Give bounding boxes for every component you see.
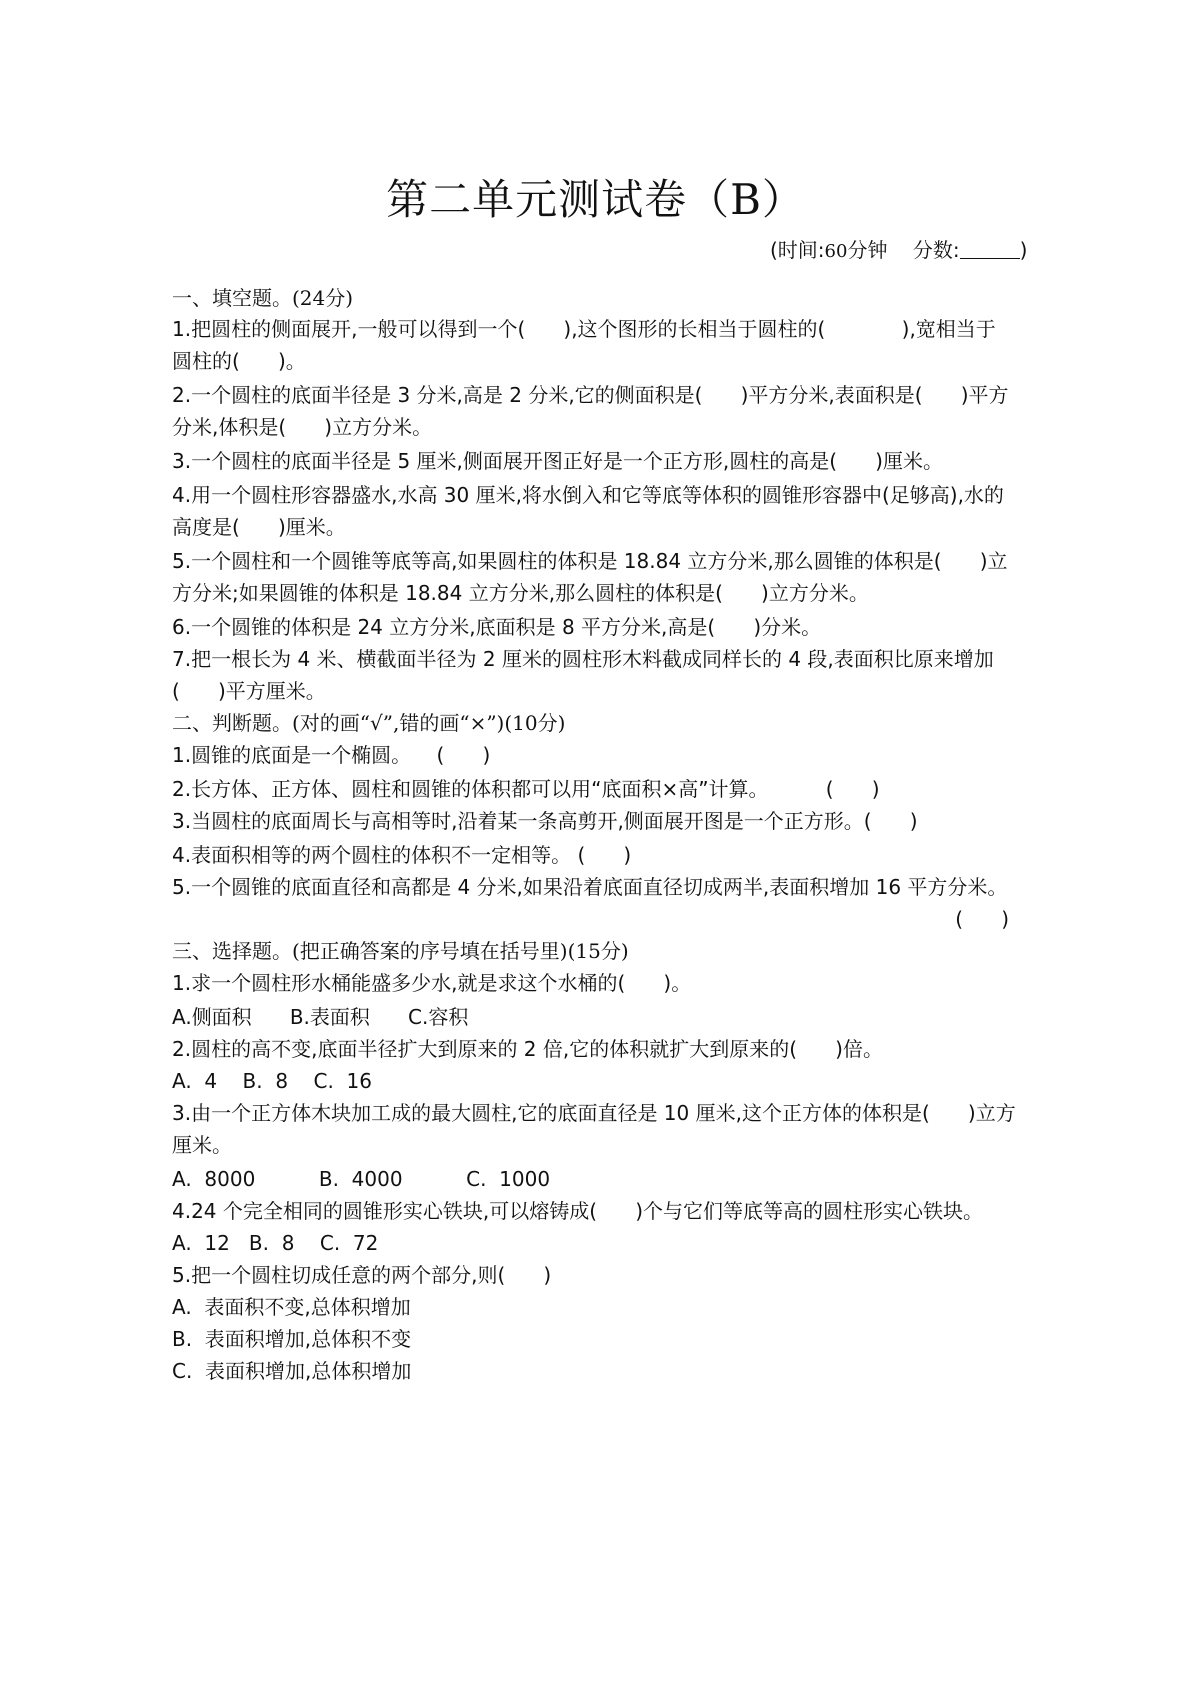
question-line: ( )平方厘米。 <box>172 676 326 706</box>
question-line: 厘米。 <box>172 1130 232 1160</box>
question-line: 方分米;如果圆锥的体积是 18.84 立方分米,那么圆柱的体积是( )立方分米。 <box>172 578 869 608</box>
section-heading-fill-blank: 一、填空题。(24分) <box>172 283 353 313</box>
question-line: 1.把圆柱的侧面展开,一般可以得到一个( ),这个图形的长相当于圆柱的( ),宽… <box>172 314 996 344</box>
question-line: 高度是( )厘米。 <box>172 512 346 542</box>
question-line: 2.一个圆柱的底面半径是 3 分米,高是 2 分米,它的侧面积是( )平方分米,… <box>172 380 1009 410</box>
question-line: 1.求一个圆柱形水桶能盛多少水,就是求这个水桶的( )。 <box>172 968 691 998</box>
question-line: 3.由一个正方体木块加工成的最大圆柱,它的底面直径是 10 厘米,这个正方体的体… <box>172 1098 1016 1128</box>
score-blank[interactable] <box>960 238 1020 259</box>
choice-line: A. 4 B. 8 C. 16 <box>172 1066 372 1096</box>
choice-line: A. 8000 B. 4000 C. 1000 <box>172 1164 550 1194</box>
question-line: 1.圆锥的底面是一个椭圆。 ( ) <box>172 740 490 770</box>
question-line: 4.用一个圆柱形容器盛水,水高 30 厘米,将水倒入和它等底等体积的圆锥形容器中… <box>172 480 1004 510</box>
choice-line: A. 12 B. 8 C. 72 <box>172 1228 378 1258</box>
section-heading-multiple-choice: 三、选择题。(把正确答案的序号填在括号里)(15分) <box>172 936 629 966</box>
choice-line: C. 表面积增加,总体积增加 <box>172 1356 411 1386</box>
score-label: 分数: <box>913 238 960 262</box>
question-line: 7.把一根长为 4 米、横截面半径为 2 厘米的圆柱形木料截成同样长的 4 段,… <box>172 644 994 674</box>
choice-line: A.侧面积 B.表面积 C.容积 <box>172 1002 468 1032</box>
exam-meta: (时间:60分钟 分数:) <box>770 236 1027 266</box>
question-line: 6.一个圆锥的体积是 24 立方分米,底面积是 8 平方分米,高是( )分米。 <box>172 612 821 642</box>
question-line: 4.24 个完全相同的圆锥形实心铁块,可以熔铸成( )个与它们等底等高的圆柱形实… <box>172 1196 983 1226</box>
question-line: 2.圆柱的高不变,底面半径扩大到原来的 2 倍,它的体积就扩大到原来的( )倍。 <box>172 1034 883 1064</box>
meta-close: ) <box>1020 238 1028 262</box>
time-unit: 分钟 <box>847 238 887 262</box>
question-line: 5.一个圆柱和一个圆锥等底等高,如果圆柱的体积是 18.84 立方分米,那么圆锥… <box>172 546 1008 576</box>
choice-line: B. 表面积增加,总体积不变 <box>172 1324 411 1354</box>
question-line: 3.当圆柱的底面周长与高相等时,沿着某一条高剪开,侧面展开图是一个正方形。( ) <box>172 806 918 836</box>
question-line: 分米,体积是( )立方分米。 <box>172 412 432 442</box>
question-line: 5.把一个圆柱切成任意的两个部分,则( ) <box>172 1260 551 1290</box>
question-line: 圆柱的( )。 <box>172 346 306 376</box>
time-value: 60 <box>825 241 848 262</box>
question-line: 4.表面积相等的两个圆柱的体积不一定相等。 ( ) <box>172 840 631 870</box>
exam-page: 第二单元测试卷（B） (时间:60分钟 分数:) 一、填空题。(24分) 1.把… <box>0 0 1191 1684</box>
question-line: 2.长方体、正方体、圆柱和圆锥的体积都可以用“底面积×高”计算。 ( ) <box>172 774 880 804</box>
page-title: 第二单元测试卷（B） <box>0 172 1191 228</box>
section-heading-true-false: 二、判断题。(对的画“√”,错的画“×”)(10分) <box>172 708 565 738</box>
choice-line: A. 表面积不变,总体积增加 <box>172 1292 411 1322</box>
question-line: 5.一个圆锥的底面直径和高都是 4 分米,如果沿着底面直径切成两半,表面积增加 … <box>172 872 1007 902</box>
question-line: 3.一个圆柱的底面半径是 5 厘米,侧面展开图正好是一个正方形,圆柱的高是( )… <box>172 446 943 476</box>
answer-paren: ( ) <box>955 904 1009 934</box>
time-label: (时间: <box>770 238 825 262</box>
